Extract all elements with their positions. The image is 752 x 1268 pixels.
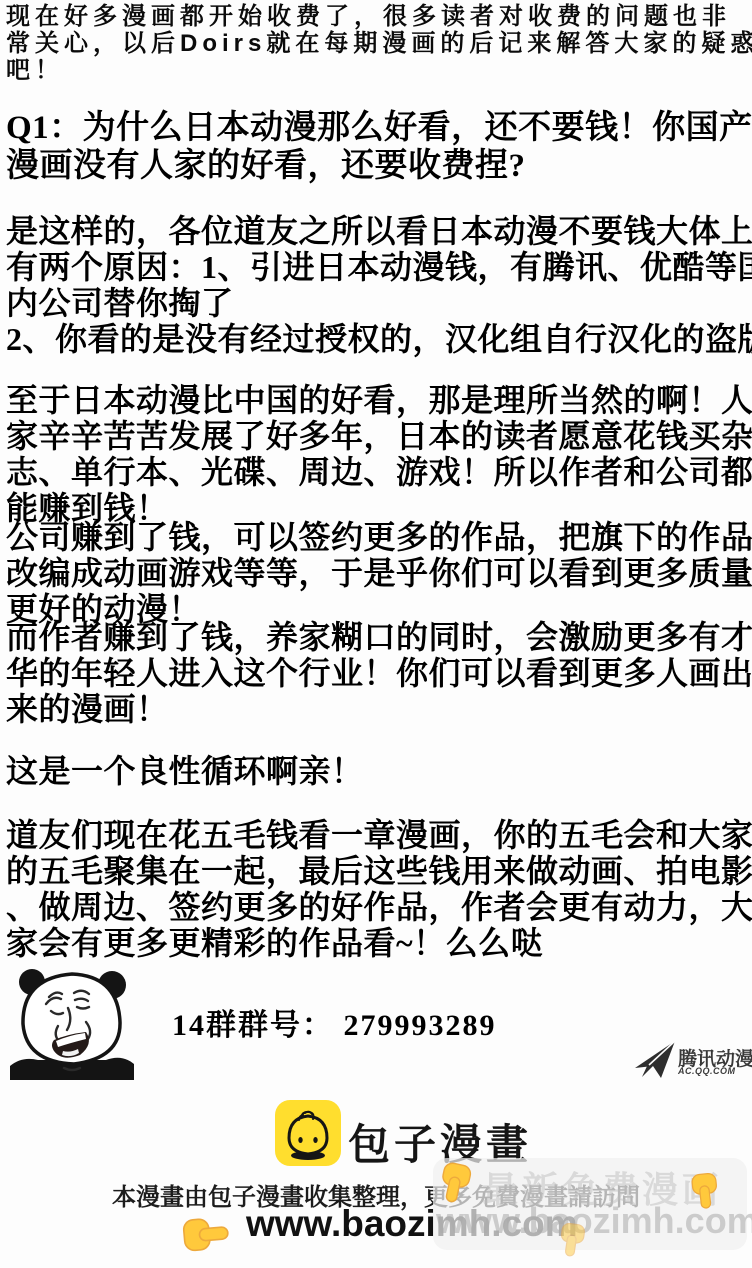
answer-author-paragraph: 而作者赚到了钱，养家糊口的同时，会激励更多有才华的年轻人进入这个行业！你们可以看…: [6, 619, 750, 727]
text-line: 改编成动画游戏等等，于是乎你们可以看到更多质量: [6, 555, 750, 591]
tencent-comic-logo: 腾讯动漫 AC.QQ.COM: [630, 1036, 752, 1084]
text-line: 这是一个良性循环啊亲！: [6, 753, 750, 789]
answer-reasons-paragraph: 是这样的，各位道友之所以看日本动漫不要钱大体上有两个原因：1、引进日本动漫钱，有…: [6, 213, 750, 357]
text-line: 内公司替你掏了: [6, 285, 750, 321]
cycle-line: 这是一个良性循环啊亲！: [6, 753, 750, 789]
text-line: 的五毛聚集在一起，最后这些钱用来做动画、拍电影: [6, 853, 750, 889]
panda-meme-face: [8, 962, 136, 1080]
manga-afterword-page: 现在好多漫画都开始收费了，很多读者对收费的问题也非常关心，以后Doirs就在每期…: [0, 0, 752, 1268]
text-line: 是这样的，各位道友之所以看日本动漫不要钱大体上: [6, 213, 750, 249]
answer-company-paragraph: 公司赚到了钱，可以签约更多的作品，把旗下的作品改编成动画游戏等等，于是乎你们可以…: [6, 519, 750, 627]
panda-meme-image: [8, 962, 136, 1080]
text-line: 志、单行本、光碟、周边、游戏！所以作者和公司都: [6, 454, 750, 490]
text-line: 而作者赚到了钱，养家糊口的同时，会激励更多有才: [6, 619, 750, 655]
text-line: 来的漫画！: [6, 691, 750, 727]
pointing-right-hand-icon: [180, 1210, 232, 1258]
text-line: 华的年轻人进入这个行业！你们可以看到更多人画出: [6, 655, 750, 691]
text-line: 吧！: [6, 57, 750, 84]
text-line: 常关心，以后Doirs就在每期漫画的后记来解答大家的疑惑: [6, 30, 750, 57]
pointing-down-hand-icon: [686, 1170, 724, 1211]
text-line: 至于日本动漫比中国的好看，那是理所当然的啊！人: [6, 382, 750, 418]
text-line: 2、你看的是没有经过授权的，汉化组自行汉化的盗版: [6, 321, 750, 357]
text-line: 漫画没有人家的好看，还要收费捏?: [6, 147, 750, 185]
text-line: 家会有更多更精彩的作品看~！么么哒: [6, 925, 750, 961]
answer-japan-paragraph: 至于日本动漫比中国的好看，那是理所当然的啊！人家辛辛苦苦发展了好多年，日本的读者…: [6, 382, 750, 526]
final-paragraph: 道友们现在花五毛钱看一章漫画，你的五毛会和大家的五毛聚集在一起，最后这些钱用来做…: [6, 817, 750, 961]
text-line: 家辛辛苦苦发展了好多年，日本的读者愿意花钱买杂: [6, 418, 750, 454]
text-line: 有两个原因：1、引进日本动漫钱，有腾讯、优酷等国: [6, 249, 750, 285]
intro-paragraph: 现在好多漫画都开始收费了，很多读者对收费的问题也非常关心，以后Doirs就在每期…: [6, 3, 750, 84]
text-line: 公司赚到了钱，可以签约更多的作品，把旗下的作品: [6, 519, 750, 555]
question-1: Q1：为什么日本动漫那么好看，还不要钱！你国产漫画没有人家的好看，还要收费捏?: [6, 109, 750, 185]
text-line: 道友们现在花五毛钱看一章漫画，你的五毛会和大家: [6, 817, 750, 853]
paper-plane-icon: [634, 1040, 676, 1080]
qq-group-number: 14群群号： 279993289: [172, 1000, 497, 1044]
baozi-bun-icon: [275, 1100, 341, 1166]
pointing-down-hand-icon: [554, 1220, 591, 1260]
text-line: Q1：为什么日本动漫那么好看，还不要钱！你国产: [6, 109, 750, 147]
text-line: 现在好多漫画都开始收费了，很多读者对收费的问题也非: [6, 3, 750, 30]
tencent-logo-url: AC.QQ.COM: [678, 1066, 736, 1076]
text-line: 、做周边、签约更多的好作品，作者会更有动力，大: [6, 889, 750, 925]
